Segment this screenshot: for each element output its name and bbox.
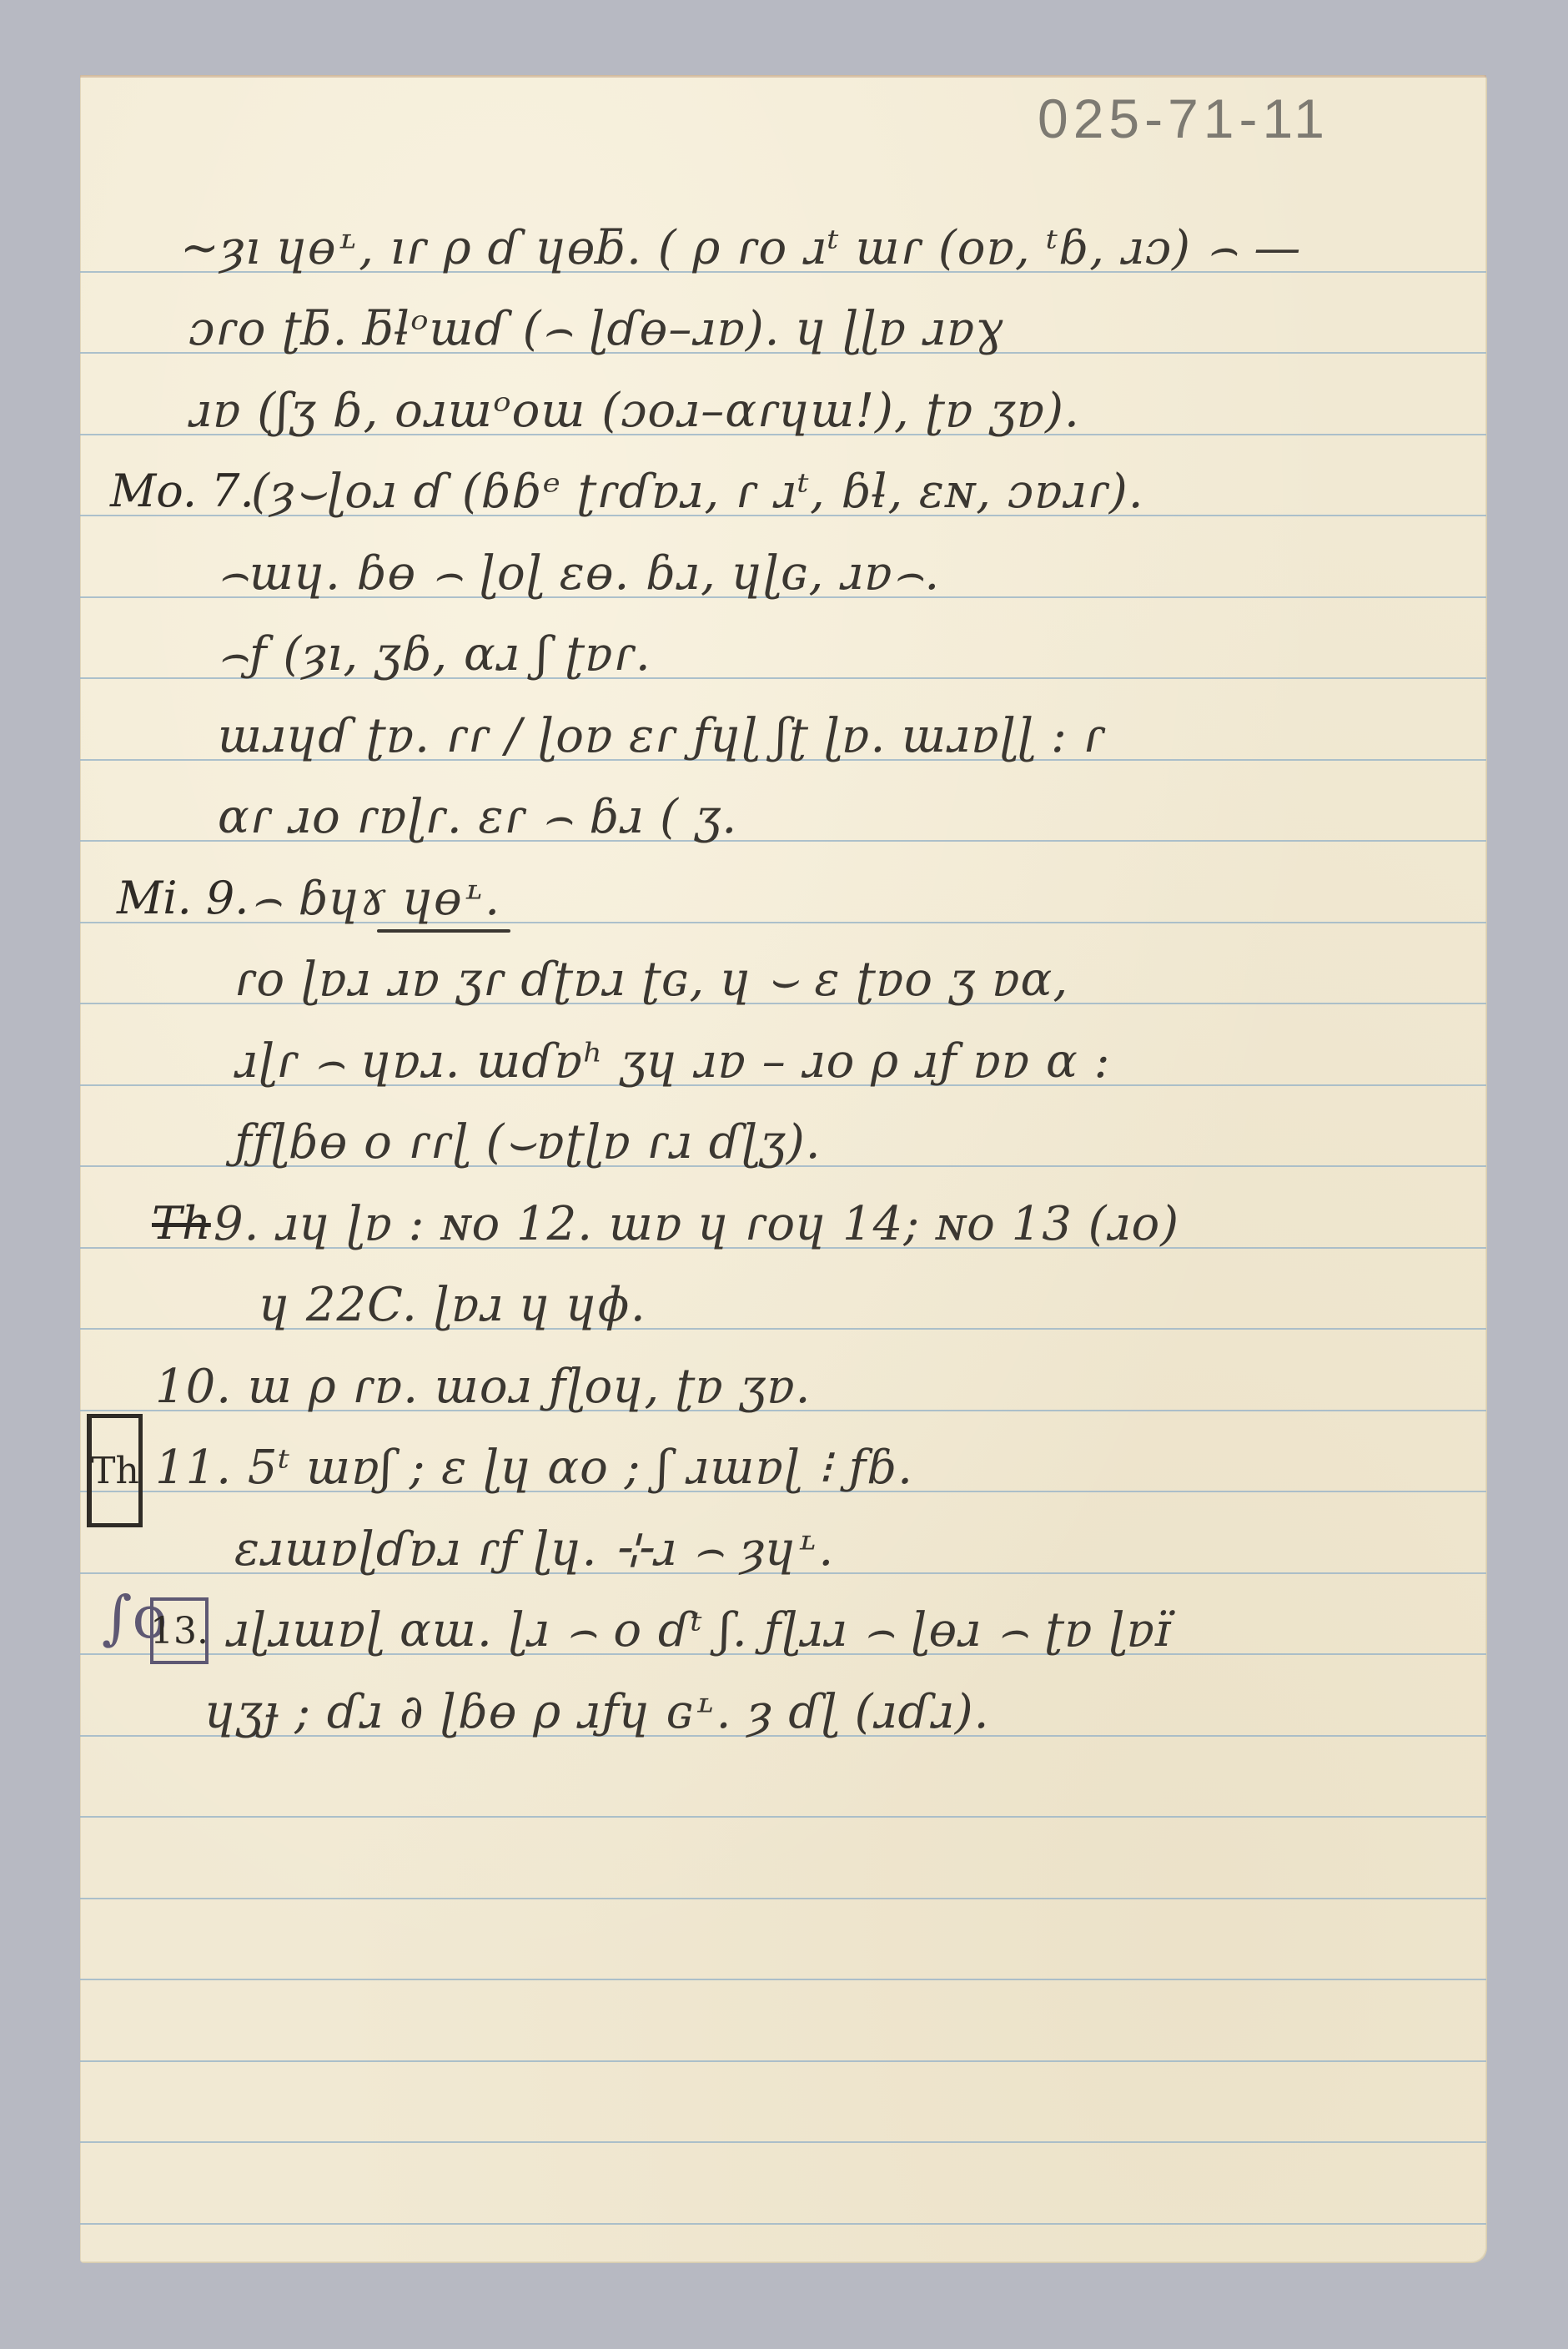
weekday-label-mi: Mi. 9.: [117, 872, 249, 924]
heading-underline: [377, 929, 510, 933]
ruled-line: [80, 1898, 1486, 1899]
shorthand-line-9: ⌢ ɓɥɤ ɥɵᶫ.: [251, 872, 500, 927]
shorthand-line-10: ɾo ɭɐɹ ɹɐ ʒɾ ɗʈɐɹ ʈɢ, ɥ ⌣ ɛ ʈɐo ʒ ɐɑ,: [234, 953, 1068, 1008]
shorthand-line-5: ⌢ɯɥ. ɓɵ ⌢ ɭoɭ ɛɵ. ɓɹ, ɥɭɢ, ɹɐ⌢.: [218, 546, 940, 601]
notebook-page: 025-71-11 ~ȝı ɥɵᶫ, ıɾ ρ ɗ ɥɵƃ. ( ρ ɾo ɹᵗ…: [80, 75, 1486, 2262]
shorthand-line-11: ɹɭɾ ⌢ ɥɐɹ. ɯɗɐʰ ʒɥ ɹɐ – ɹo ρ ɹƒ ɐɐ ɑ :: [234, 1034, 1110, 1089]
shorthand-line-12: ƒƒɭɓɵ o ɾɾɭ (⌣ɐʈɭɐ ɾɹ ɗɭʒ).: [234, 1115, 822, 1170]
purple-boxed-number: 13.: [150, 1597, 209, 1664]
shorthand-line-2: ɔɾo ʈƃ. ƃƚᵒɯɗ (⌢ ɭɗɵ–ɹɐ). ɥ ɭɭɐ ɹɐɣ: [188, 302, 1004, 357]
shorthand-line-17: ɛɹɯɐɭɗɐɹ ɾƒ ɭɥ. ⊹ɹ ⌢ ȝɥᶫ.: [234, 1522, 834, 1577]
shorthand-line-15: 10. ɯ ρ ɾɐ. ɯoɹ ƒɭoɥ, ʈɐ ʒɐ.: [155, 1360, 811, 1414]
shorthand-line-4: (ȝ⌣ɭoɹ ɗ (ɓɓᵉ ʈɾɗɐɹ, ɾ ɹᵗ, ɓƚ, ɛɴ, ɔɐɹɾ)…: [251, 465, 1144, 520]
weekday-label-mo: Mo. 7.: [110, 465, 254, 517]
ruled-line: [80, 2223, 1486, 2225]
catalog-number: 025-71-11: [1038, 87, 1329, 150]
ruled-line: [80, 1816, 1486, 1818]
shorthand-line-14: ɥ 22C. ɭɐɹ ɥ ɥɸ.: [259, 1278, 646, 1332]
ruled-line: [80, 2141, 1486, 2143]
page-top-edge: [80, 75, 1486, 78]
shorthand-line-7: ɯɹɥɗ ʈɐ. ɾɾ / ɭoɐ ɛɾ ƒɥɭ ʃʈ ɭɐ. ɯɹɐɭɭ : …: [218, 709, 1105, 763]
shorthand-line-6: ⌢ƒ (ȝı, ʒɓ, ɑɹ ʃ ʈɐɾ.: [218, 627, 651, 682]
shorthand-line-3: ɹɐ (ʃʒ ɓ, oɹɯᵒoɯ (ɔoɹ–ɑɾɥɯ!), ʈɐ ʒɐ).: [188, 384, 1080, 438]
ruled-line: [80, 2060, 1486, 2062]
boxed-th-label: Th: [87, 1414, 143, 1527]
shorthand-line-16: 11. 5ᵗ ɯɐʃ ; ɛ ɭɥ ɑo ; ʃ ɹɯɐɭ ⁝ ƒɓ.: [155, 1441, 913, 1495]
ruled-line: [80, 1979, 1486, 1980]
shorthand-line-19: ɥʒɟ ; ɗɹ ∂ ɭɓɵ ρ ɹƒɥ ɢᶫ. ȝ ɗɭ (ɹɗɹ).: [205, 1685, 989, 1739]
shorthand-line-8: ɑɾ ɹo ɾɐɭɾ. ɛɾ ⌢ ɓɹ ( ʒ.: [218, 790, 737, 845]
shorthand-line-1: ~ȝı ɥɵᶫ, ıɾ ρ ɗ ɥɵƃ. ( ρ ɾo ɹᵗ ɯɾ (oɐ, ᵗ…: [180, 221, 1301, 276]
shorthand-line-13: 9. ɹɥ ɭɐ : ɴo 12. ɯɐ ɥ ɾoɥ 14; ɴo 13 (ɹo…: [214, 1197, 1179, 1251]
weekday-label-th: Th: [152, 1197, 211, 1250]
shorthand-line-18: ɹɭɹɯɐɭ ɑɯ. ɭɹ ⌢ o ɗᵗ ʃ. ƒɭɹɹ ⌢ ɭɵɹ ⌢ ʈɐ …: [226, 1603, 1171, 1658]
